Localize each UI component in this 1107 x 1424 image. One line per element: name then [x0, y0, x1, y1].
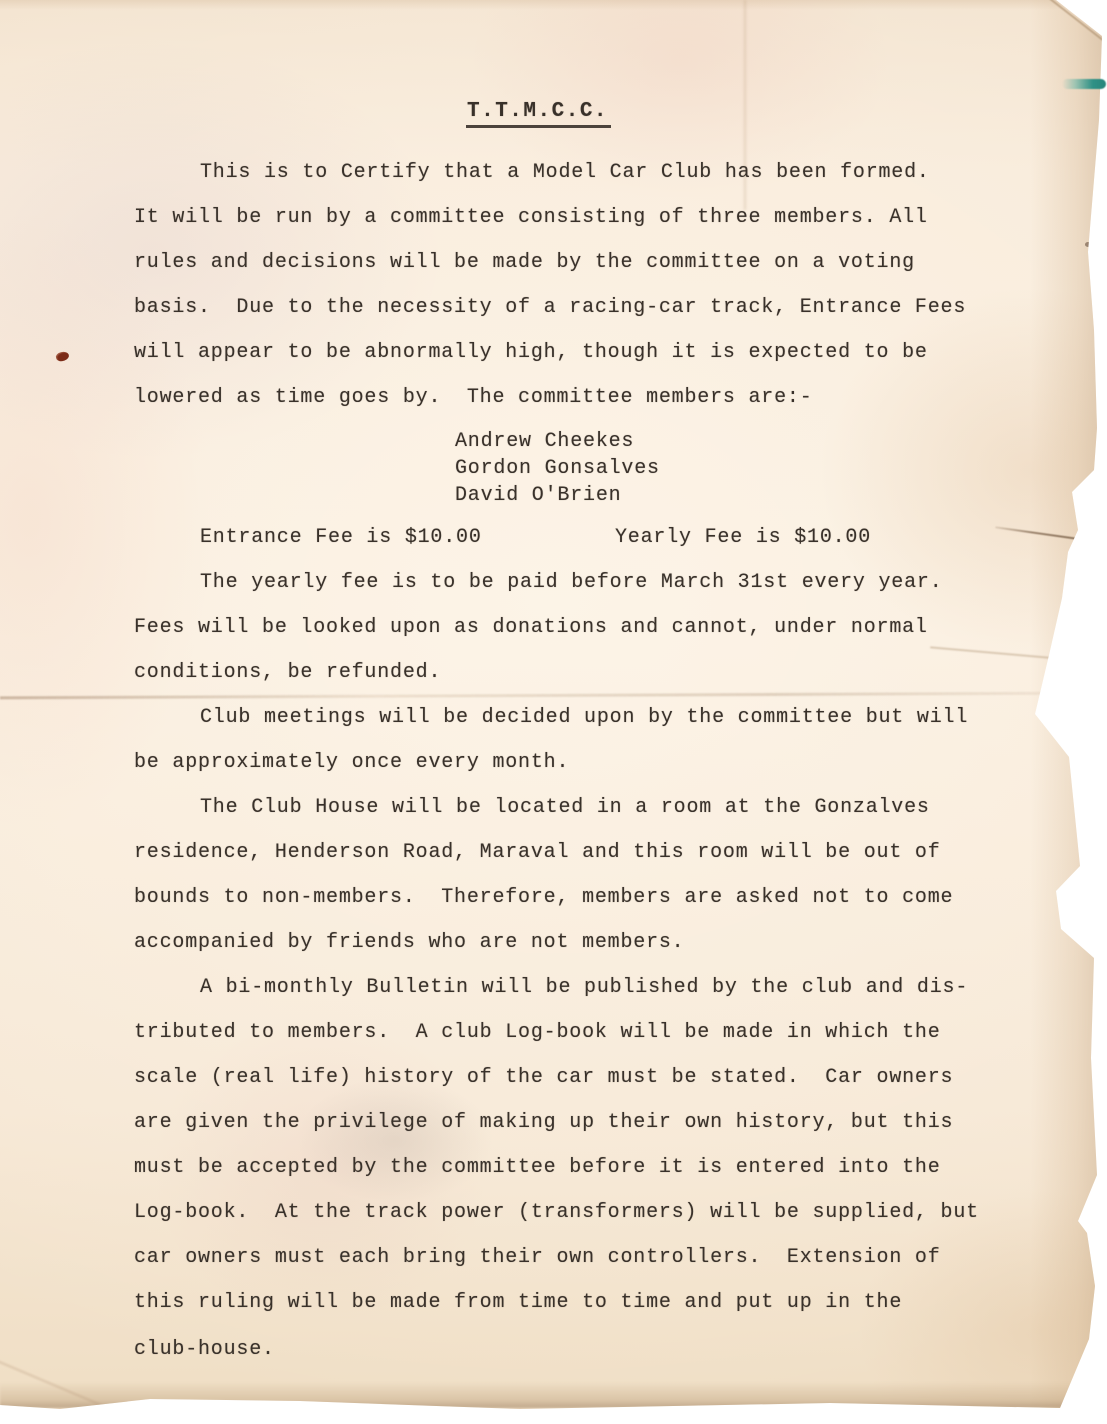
fees-line: Entrance Fee is $10.00 Yearly Fee is $10…	[134, 515, 1014, 560]
text-line: Fees will be looked upon as donations an…	[134, 605, 1014, 650]
edge-speck	[1090, 252, 1095, 256]
paragraph-intro: This is to Certify that a Model Car Club…	[134, 150, 1014, 420]
text-line: basis. Due to the necessity of a racing-…	[134, 285, 1014, 330]
document-body: This is to Certify that a Model Car Club…	[134, 150, 1014, 1372]
text-line: car owners must each bring their own con…	[134, 1235, 1014, 1280]
yearly-fee: Yearly Fee is $10.00	[615, 515, 871, 560]
text-line: A bi-monthly Bulletin will be published …	[134, 965, 1014, 1010]
text-line: The yearly fee is to be paid before Marc…	[134, 560, 1014, 605]
paper-edge-shading-right	[1030, 0, 1102, 1424]
text-line: bounds to non-members. Therefore, member…	[134, 875, 1014, 920]
text-line: This is to Certify that a Model Car Club…	[134, 150, 1014, 195]
teal-ink-mark	[1062, 79, 1106, 89]
text-line: will appear to be abnormally high, thoug…	[134, 330, 1014, 375]
paper-edge-shading-top	[0, 0, 1100, 10]
text-line: The Club House will be located in a room…	[134, 785, 1014, 830]
text-line: must be accepted by the committee before…	[134, 1145, 1014, 1190]
entrance-fee: Entrance Fee is $10.00	[200, 515, 482, 560]
red-ink-speck	[55, 350, 70, 363]
text-line: accompanied by friends who are not membe…	[134, 920, 1014, 965]
paragraph-bulletin: A bi-monthly Bulletin will be published …	[134, 965, 1014, 1325]
text-line: residence, Henderson Road, Maraval and t…	[134, 830, 1014, 875]
text-line: be approximately once every month.	[134, 740, 1014, 785]
text-line: Log-book. At the track power (transforme…	[134, 1190, 1014, 1235]
paragraph-meetings: Club meetings will be decided upon by th…	[134, 695, 1014, 785]
paragraph-yearly-fee: The yearly fee is to be paid before Marc…	[134, 560, 1014, 695]
committee-member: Gordon Gonsalves	[455, 455, 1014, 482]
text-line: conditions, be refunded.	[134, 650, 1014, 695]
text-line: scale (real life) history of the car mus…	[134, 1055, 1014, 1100]
paragraph-club-house: The Club House will be located in a room…	[134, 785, 1014, 965]
committee-members-list: Andrew Cheekes Gordon Gonsalves David O'…	[455, 428, 1014, 509]
text-line: this ruling will be made from time to ti…	[134, 1280, 1014, 1325]
closing-line: club-house.	[134, 1327, 1014, 1372]
committee-member: Andrew Cheekes	[455, 428, 1014, 455]
text-line: lowered as time goes by. The committee m…	[134, 375, 1014, 420]
page-title: T.T.M.C.C.	[466, 100, 611, 128]
text-line: rules and decisions will be made by the …	[134, 240, 1014, 285]
document-scan: T.T.M.C.C. This is to Certify that a Mod…	[0, 0, 1107, 1424]
committee-member: David O'Brien	[455, 482, 1014, 509]
text-line: It will be run by a committee consisting…	[134, 195, 1014, 240]
edge-speck	[1085, 242, 1091, 247]
text-line: are given the privilege of making up the…	[134, 1100, 1014, 1145]
text-line: Club meetings will be decided upon by th…	[134, 695, 1014, 740]
paper-edge-shading-bottom	[0, 1382, 1080, 1408]
text-line: tributed to members. A club Log-book wil…	[134, 1010, 1014, 1055]
